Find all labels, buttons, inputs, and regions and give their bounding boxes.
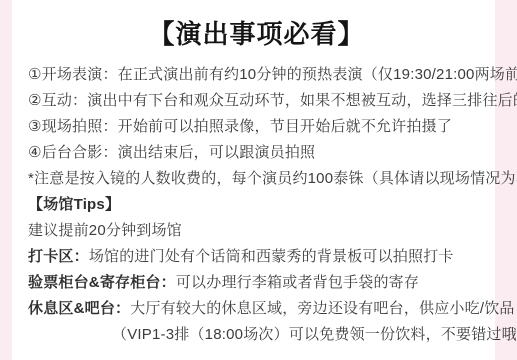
tip-line-photo-spot: 打卡区：场馆的进门处有个话筒和西蒙秀的背景板可以拍照打卡 (28, 244, 485, 270)
notice-page: 【演出事项必看】 ①开场表演：在正式演出前有约10分钟的预热表演（仅19:30/… (0, 0, 517, 360)
line-label: 打卡区： (28, 248, 89, 265)
line-text: 建议提前20分钟到场馆 (28, 222, 182, 239)
notice-content: 【演出事项必看】 ①开场表演：在正式演出前有约10分钟的预热表演（仅19:30/… (28, 0, 485, 348)
notice-title: 【演出事项必看】 (28, 10, 485, 62)
notice-line-backstage-photo: ④后台合影：演出结束后，可以跟演员拍照 (28, 140, 485, 166)
line-text: （VIP1-3排（18:00场次）可以免费领一份饮料，不要错过哦） (112, 326, 517, 343)
notice-line-opening-act: ①开场表演：在正式演出前有约10分钟的预热表演（仅19:30/21:00两场前有… (28, 62, 485, 88)
notice-line-interaction: ②互动：演出中有下台和观众互动环节，如果不想被互动，选择三排往后的座位 (28, 88, 485, 114)
tip-line-vip-drink: （VIP1-3排（18:00场次）可以免费领一份饮料，不要错过哦） (28, 322, 485, 348)
line-text: 可以办理行李箱或者背包手袋的寄存 (176, 274, 419, 291)
line-label: 验票柜台&寄存柜台： (28, 274, 176, 291)
line-text: ④后台合影：演出结束后，可以跟演员拍照 (28, 144, 315, 161)
line-label: 【场馆Tips】 (28, 196, 120, 213)
tip-line-ticket-luggage: 验票柜台&寄存柜台：可以办理行李箱或者背包手袋的寄存 (28, 270, 485, 296)
notice-line-fee-note: *注意是按入镜的人数收费的，每个演员约100泰铢（具体请以现场情况为准） (28, 166, 485, 192)
line-text: 场馆的进门处有个话筒和西蒙秀的背景板可以拍照打卡 (89, 248, 454, 265)
tip-line-arrive-early: 建议提前20分钟到场馆 (28, 218, 485, 244)
notice-line-photography: ③现场拍照：开始前可以拍照录像，节目开始后就不允许拍摄了 (28, 114, 485, 140)
line-text: *注意是按入镜的人数收费的，每个演员约100泰铢（具体请以现场情况为准） (28, 170, 517, 187)
line-text: ①开场表演：在正式演出前有约10分钟的预热表演（仅19:30/21:00两场前有… (28, 66, 517, 83)
line-label: 休息区&吧台： (28, 300, 130, 317)
venue-tips-heading: 【场馆Tips】 (28, 192, 485, 218)
line-text: 大厅有较大的休息区域，旁边还设有吧台，供应小吃/饮品 (130, 300, 514, 317)
line-text: ③现场拍照：开始前可以拍照录像，节目开始后就不允许拍摄了 (28, 118, 452, 135)
left-pink-band (0, 0, 12, 360)
tip-line-lounge-bar: 休息区&吧台：大厅有较大的休息区域，旁边还设有吧台，供应小吃/饮品 (28, 296, 485, 322)
line-text: ②互动：演出中有下台和观众互动环节，如果不想被互动，选择三排往后的座位 (28, 92, 517, 109)
